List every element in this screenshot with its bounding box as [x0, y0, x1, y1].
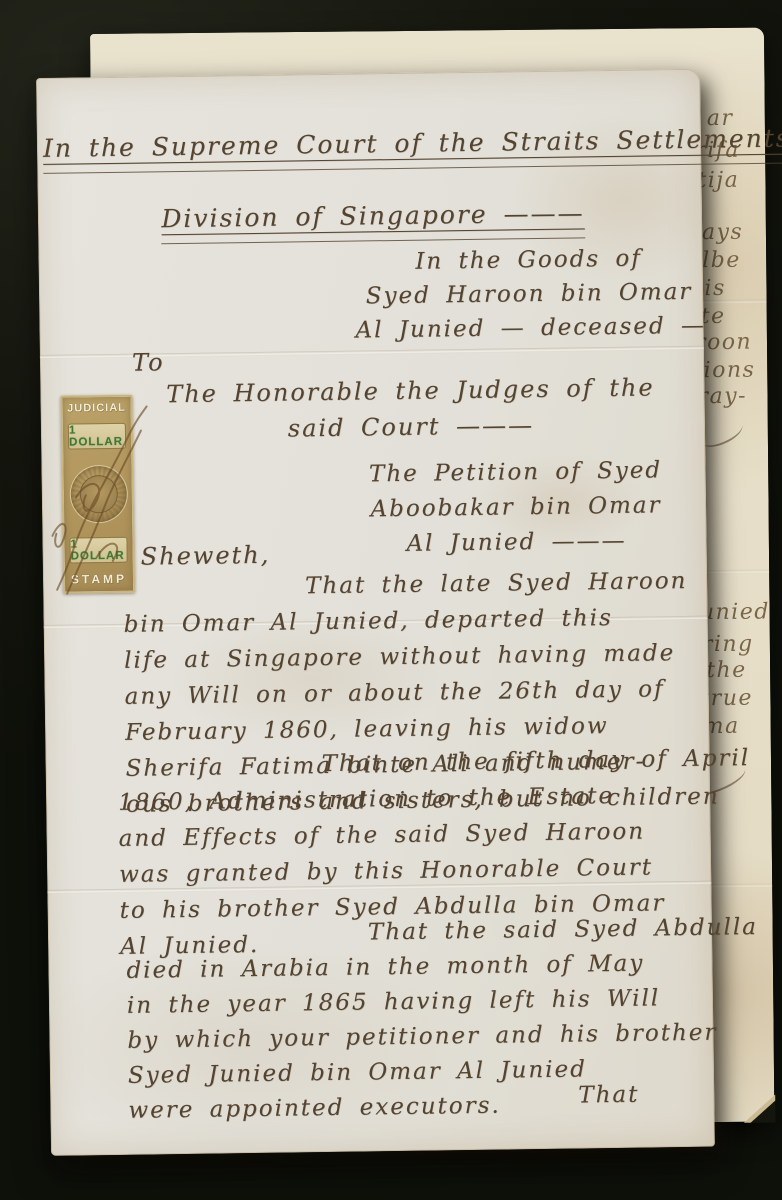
back-page-text-fragment: tija [697, 168, 739, 193]
division-heading: Division of Singapore ——— [158, 198, 589, 244]
goods-line: In the Goods of [354, 241, 702, 280]
cancellation-signature-ink [34, 376, 187, 618]
back-page-text-fragment: lbe [702, 248, 741, 273]
catchword: That [578, 1082, 639, 1109]
address-line: said Court ——— [141, 405, 681, 449]
paragraph-3: That the said Syed Abdulla died in Arabi… [126, 910, 739, 1128]
photo-scene: ar rifa tija ays lbe is te roon tions ra… [0, 0, 782, 1200]
court-heading-text: In the Supreme Court of the Straits Sett… [43, 123, 782, 173]
back-page-text-fragment: ray- [697, 384, 747, 409]
petition-line: Aboobakar bin Omar [338, 488, 694, 528]
address-line: The Honorable the Judges of the [140, 369, 680, 413]
back-page-text-fragment: is [704, 276, 726, 301]
goods-line: Syed Haroon bin Omar [355, 275, 703, 314]
division-heading-text: Division of Singapore ——— [161, 198, 585, 244]
petition-document-page: In the Supreme Court of the Straits Sett… [36, 69, 715, 1156]
back-page-text-fragment: ays [702, 220, 744, 245]
petition-line: Al Junied ——— [338, 523, 694, 563]
court-heading: In the Supreme Court of the Straits Sett… [43, 123, 782, 173]
goods-line: Al Junied — deceased — [355, 309, 703, 348]
to-label: To [132, 348, 165, 376]
in-the-goods-block: In the Goods of Syed Haroon bin Omar Al … [354, 241, 703, 348]
manuscript-line: were appointed executors. [128, 1085, 738, 1129]
address-block: The Honorable the Judges of the said Cou… [140, 369, 681, 449]
petition-title-block: The Petition of Syed Aboobakar bin Omar … [337, 453, 694, 563]
petition-line: The Petition of Syed [337, 453, 693, 493]
